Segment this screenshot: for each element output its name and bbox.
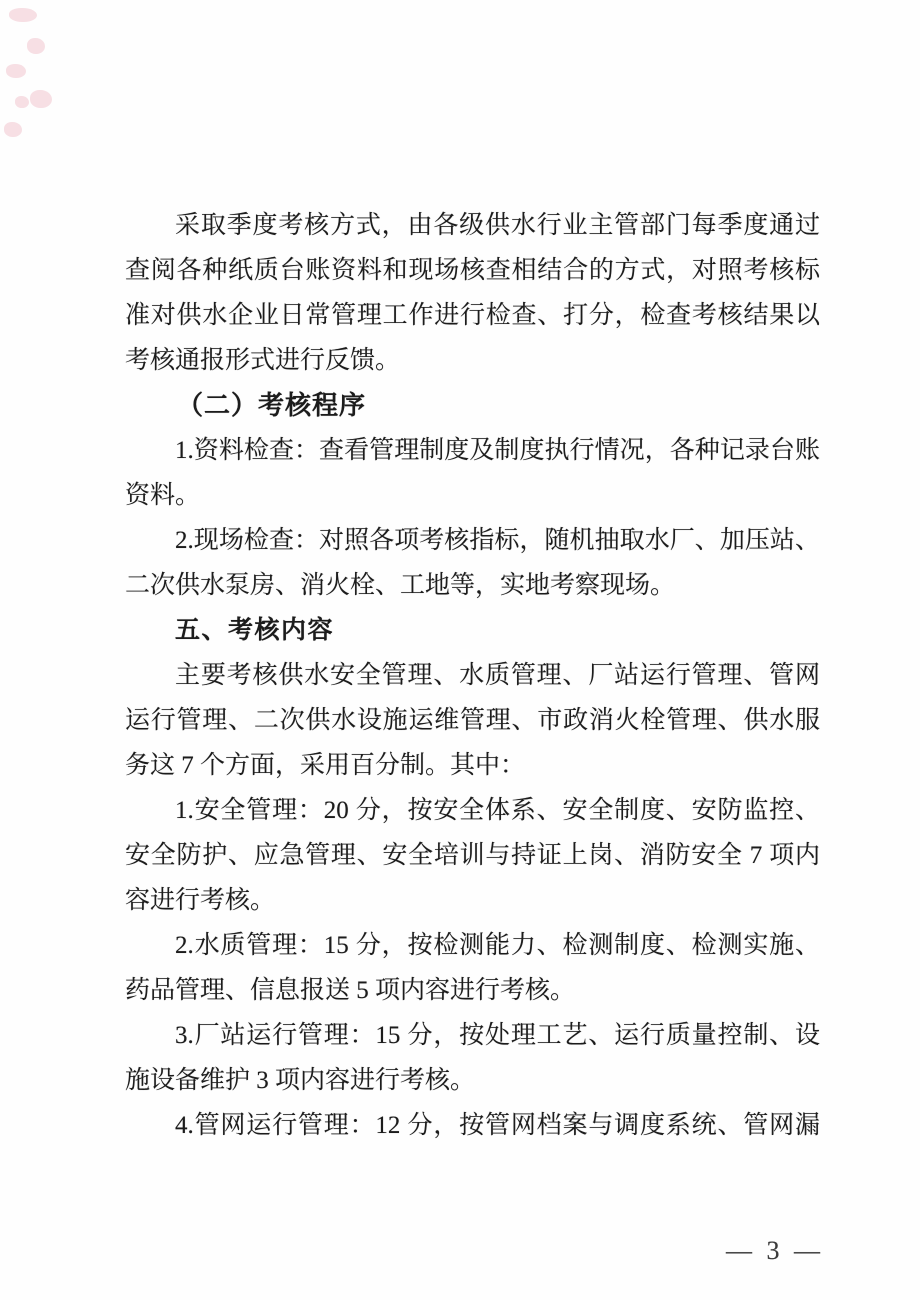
- paragraph: 3.厂站运行管理：15 分，按处理工艺、运行质量控制、设施设备维护 3 项内容进…: [125, 1013, 820, 1103]
- paragraph: 1.安全管理：20 分，按安全体系、安全制度、安防监控、安全防护、应急管理、安全…: [125, 788, 820, 923]
- text-line: 务这 7 个方面，采用百分制。其中：: [125, 743, 820, 788]
- text-line: 五、考核内容: [125, 608, 820, 653]
- scan-speck: [27, 38, 45, 54]
- paragraph: 4.管网运行管理：12 分，按管网档案与调度系统、管网漏: [125, 1103, 820, 1148]
- scanned-document-page: 采取季度考核方式，由各级供水行业主管部门每季度通过查阅各种纸质台账资料和现场核查…: [0, 0, 920, 1300]
- text-line: 采取季度考核方式，由各级供水行业主管部门每季度通过: [125, 203, 820, 248]
- paragraph: 1.资料检查：查看管理制度及制度执行情况，各种记录台账资料。: [125, 428, 820, 518]
- scan-speck: [15, 96, 29, 108]
- paragraph: 2.现场检查：对照各项考核指标，随机抽取水厂、加压站、二次供水泵房、消火栓、工地…: [125, 518, 820, 608]
- scan-speck: [9, 8, 37, 22]
- paragraph: 主要考核供水安全管理、水质管理、厂站运行管理、管网运行管理、二次供水设施运维管理…: [125, 653, 820, 788]
- text-line: 4.管网运行管理：12 分，按管网档案与调度系统、管网漏: [125, 1103, 820, 1148]
- scan-speck: [6, 64, 26, 78]
- section-heading: 五、考核内容: [125, 608, 820, 653]
- text-line: 3.厂站运行管理：15 分，按处理工艺、运行质量控制、设: [125, 1013, 820, 1058]
- text-line: 2.现场检查：对照各项考核指标，随机抽取水厂、加压站、: [125, 518, 820, 563]
- text-line: 施设备维护 3 项内容进行考核。: [125, 1058, 820, 1103]
- text-line: 考核通报形式进行反馈。: [125, 338, 820, 383]
- paragraph: 采取季度考核方式，由各级供水行业主管部门每季度通过查阅各种纸质台账资料和现场核查…: [125, 203, 820, 383]
- paragraph: 2.水质管理：15 分，按检测能力、检测制度、检测实施、药品管理、信息报送 5 …: [125, 923, 820, 1013]
- text-line: 容进行考核。: [125, 878, 820, 923]
- text-line: 资料。: [125, 473, 820, 518]
- section-heading: （二）考核程序: [125, 383, 820, 428]
- page-number: — 3 —: [700, 1236, 850, 1266]
- text-line: 2.水质管理：15 分，按检测能力、检测制度、检测实施、: [125, 923, 820, 968]
- text-line: 1.安全管理：20 分，按安全体系、安全制度、安防监控、: [125, 788, 820, 833]
- text-line: 二次供水泵房、消火栓、工地等，实地考察现场。: [125, 563, 820, 608]
- text-line: 药品管理、信息报送 5 项内容进行考核。: [125, 968, 820, 1013]
- text-line: 主要考核供水安全管理、水质管理、厂站运行管理、管网: [125, 653, 820, 698]
- text-line: （二）考核程序: [125, 383, 820, 428]
- text-line: 查阅各种纸质台账资料和现场核查相结合的方式，对照考核标: [125, 248, 820, 293]
- scan-speck: [30, 90, 52, 108]
- text-line: 安全防护、应急管理、安全培训与持证上岗、消防安全 7 项内: [125, 833, 820, 878]
- text-line: 1.资料检查：查看管理制度及制度执行情况，各种记录台账: [125, 428, 820, 473]
- text-line: 准对供水企业日常管理工作进行检查、打分，检查考核结果以: [125, 293, 820, 338]
- text-line: 运行管理、二次供水设施运维管理、市政消火栓管理、供水服: [125, 698, 820, 743]
- document-content: 采取季度考核方式，由各级供水行业主管部门每季度通过查阅各种纸质台账资料和现场核查…: [125, 203, 820, 1148]
- scan-speck: [4, 122, 22, 137]
